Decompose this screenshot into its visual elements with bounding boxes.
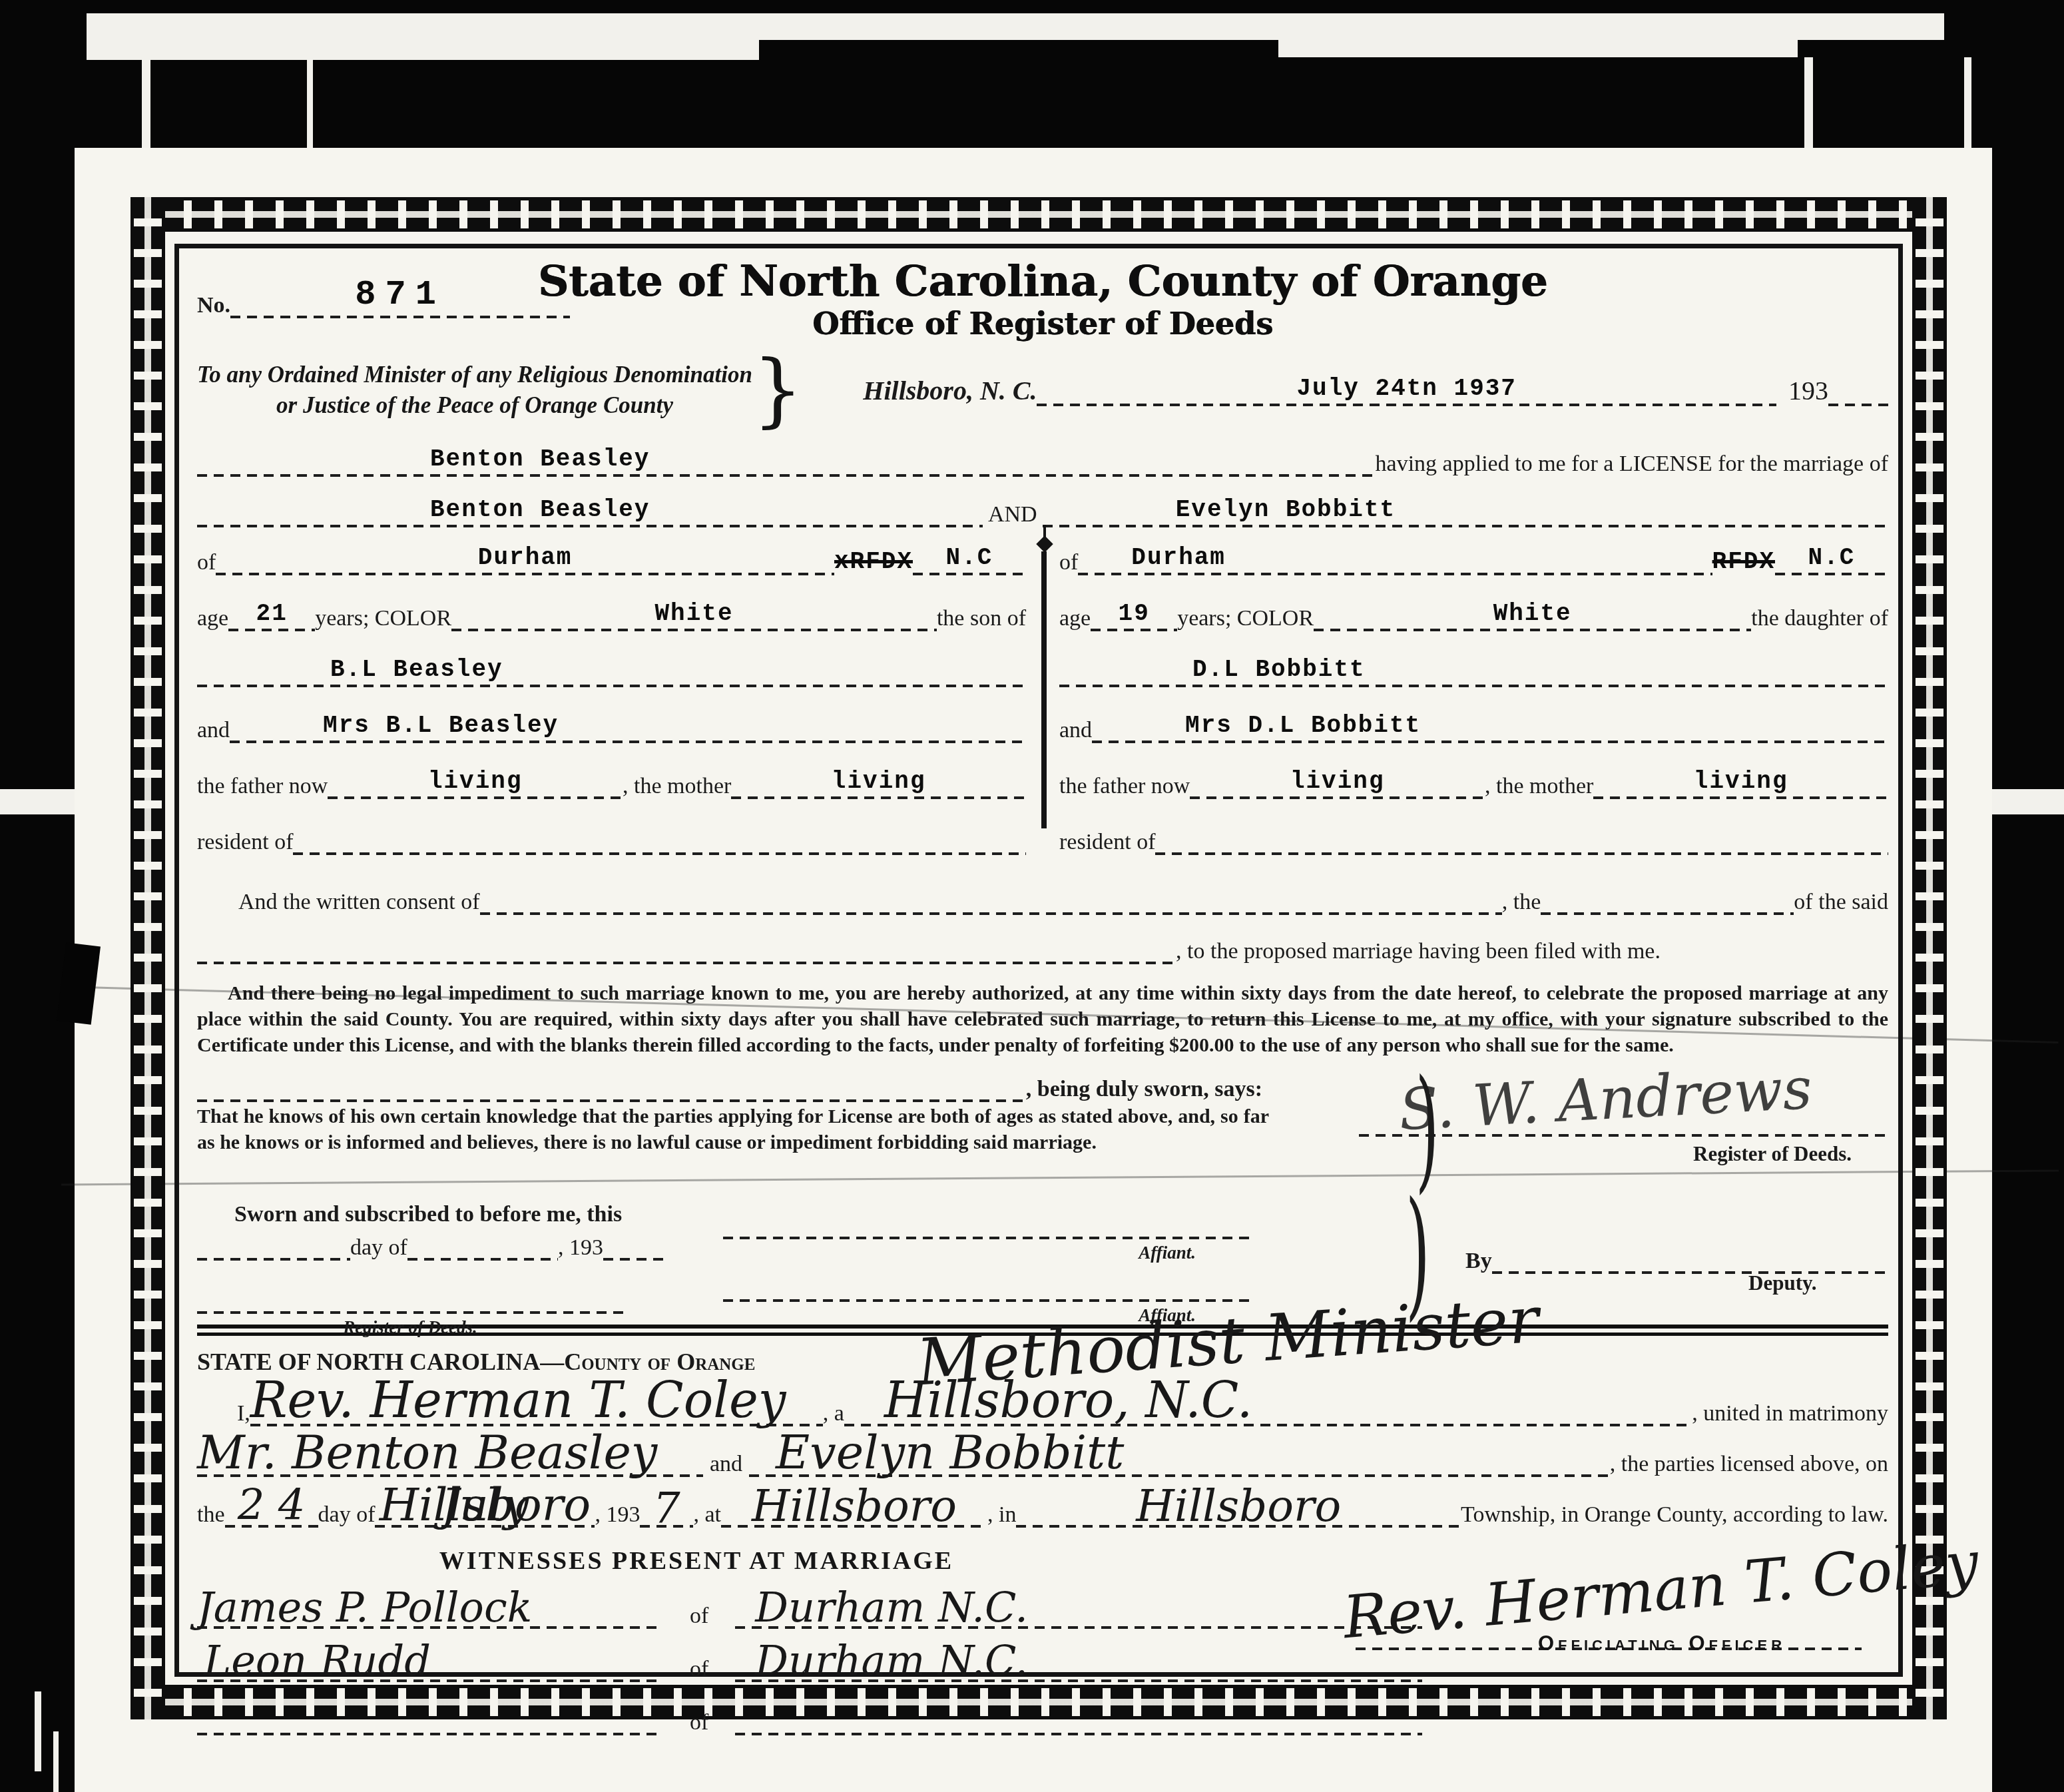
bride-mother-status: living <box>1593 768 1888 795</box>
bride-mother-blank: Mrs D.L Bobbitt <box>1092 713 1888 743</box>
affidavit-block: , being duly sworn, says: That he knows … <box>197 1071 1888 1319</box>
witness2-res-script: Durham N.C. <box>735 1636 1422 1685</box>
groom-age-line: age 21 years; COLOR White the son of <box>197 601 1026 631</box>
consent-prefix: And the written consent of <box>238 890 480 915</box>
resident-label: resident of <box>1059 830 1155 855</box>
addressee-line2: or Justice of the Peace of Orange County <box>197 390 752 421</box>
consent-line2: , to the proposed marriage having been f… <box>197 934 1888 964</box>
bride-resident-line: resident of <box>1059 824 1888 855</box>
year-script: 7 <box>640 1484 693 1533</box>
authorization-paragraph: And there being no legal impediment to s… <box>197 980 1888 1058</box>
groom-relation-label: the son of <box>937 606 1026 631</box>
witness-row-2: Leon Rudd of Durham N.C. <box>197 1651 1422 1682</box>
affiant-line-1: Affiant. <box>723 1209 1256 1263</box>
minister-name-blank: Rev. Herman T. Coley <box>250 1396 823 1426</box>
township-rest-text: Township, in Orange County, according to… <box>1461 1502 1888 1528</box>
parties-text: , the parties licensed above, on <box>1610 1452 1888 1477</box>
bride-relation-label: the daughter of <box>1751 606 1888 631</box>
register-of-deeds-right-label: Register of Deeds. <box>1693 1142 1852 1166</box>
state-heading-text: STATE OF NORTH CAROLINA— <box>197 1348 564 1375</box>
witness3-name-blank <box>197 1705 663 1735</box>
chain-border-top <box>130 197 1947 232</box>
film-streak <box>1278 39 1798 57</box>
addressee-line1: To any Ordained Minister of any Religiou… <box>197 360 752 390</box>
father-now-label: the father now <box>197 774 328 799</box>
of-label: of <box>197 550 216 575</box>
witness1-res-blank: Durham N.C. <box>735 1598 1422 1629</box>
witness2-name-blank: Leon Rudd <box>197 1651 663 1682</box>
addressee-lines: To any Ordained Minister of any Religiou… <box>197 360 752 421</box>
deputy-label: Deputy. <box>1748 1271 1817 1295</box>
of-label: of <box>690 1657 708 1682</box>
bride-color: White <box>1314 600 1751 627</box>
witness1-name-script: James P. Pollock <box>197 1583 663 1632</box>
township-script: Hillsboro <box>1016 1480 1461 1532</box>
groom-mother-status: living <box>731 768 1026 795</box>
officiating-officer-label: Officiating Officer <box>1435 1632 1888 1655</box>
certificate-content: No. 871 State of North Carolina, County … <box>197 258 1888 1735</box>
witness-row-3: of <box>197 1705 1422 1735</box>
groom-script-blank: Mr. Benton Beasley <box>197 1446 703 1477</box>
marriage-month-script: Hillsboro <box>375 1479 595 1532</box>
place-script: Hillsboro <box>721 1480 987 1532</box>
day-of-label: day of <box>350 1235 407 1261</box>
age-label: age <box>1059 606 1091 631</box>
bride-state: N.C <box>1775 544 1888 571</box>
age-label: age <box>197 606 228 631</box>
a-label: , a <box>823 1401 844 1426</box>
minister-location-blank: Hillsboro, N.C. <box>844 1396 1692 1426</box>
groom-father-status: living <box>328 768 623 795</box>
township-script-blank: Hillsboro <box>1016 1497 1461 1528</box>
groom-mother-line: and Mrs B.L Beasley <box>197 713 1026 743</box>
consent-suffix: of the said <box>1794 890 1888 915</box>
addressee-brace: } <box>752 357 803 424</box>
duly-sworn-line: , being duly sworn, says: <box>197 1071 1262 1102</box>
minister-name-script: Rev. Herman T. Coley <box>250 1372 823 1429</box>
affidavit-body: That he knows of his own certain knowled… <box>197 1103 1269 1155</box>
bride-script-blank: Evelyn Bobbitt <box>749 1446 1610 1477</box>
bride-living-line: the father now living , the mother livin… <box>1059 768 1888 799</box>
witness2-name-script: Leon Rudd <box>197 1636 663 1685</box>
chain-border-right <box>1912 197 1947 1719</box>
license-number-label: No. <box>197 293 230 318</box>
groom-state-blank: N.C <box>913 545 1026 575</box>
day-of-line: day of , 193 <box>197 1230 670 1261</box>
date-typed: July 24tn 1937 <box>1037 375 1776 402</box>
consent-filed-text: , to the proposed marriage having been f… <box>1176 939 1661 964</box>
groom-script: Mr. Benton Beasley <box>197 1425 703 1480</box>
years-color-label: years; COLOR <box>315 606 451 631</box>
film-streak <box>35 1691 41 1771</box>
deputy-blank <box>1492 1243 1885 1274</box>
by-label: By <box>1465 1249 1492 1274</box>
microfilm-frame: No. 871 State of North Carolina, County … <box>0 0 2064 1792</box>
film-streak <box>1992 789 2064 814</box>
film-streak <box>53 1731 59 1792</box>
father-now-label: the father now <box>1059 774 1190 799</box>
year-digit-blank <box>603 1230 670 1261</box>
column-divider-ornament <box>1041 551 1047 828</box>
the-label: the <box>197 1502 225 1528</box>
bride-script: Evelyn Bobbitt <box>749 1425 1610 1480</box>
film-streak <box>87 13 1944 40</box>
year-prefix: 193 <box>1788 375 1828 406</box>
parents-columns: of Durham xRFDX N.C age 21 years; COLOR … <box>197 545 1888 855</box>
bride-father-status: living <box>1190 768 1485 795</box>
in-label: , in <box>987 1502 1016 1528</box>
consent-relation-blank <box>1541 884 1794 915</box>
day-script-blank: 2 4 <box>225 1497 318 1528</box>
groom-mother-status-blank: living <box>731 768 1026 799</box>
marriage-date-line: the 2 4 day of JulyHillsboro , 193 7 , a… <box>197 1497 1888 1528</box>
applicant-typed: Benton Beasley <box>197 446 1376 473</box>
couple-line: Benton Beasley AND Evelyn Bobbitt <box>197 497 1888 527</box>
bride-city: Durham <box>1078 544 1712 571</box>
groom-color-blank: White <box>451 601 937 631</box>
at-label: , at <box>693 1502 721 1528</box>
affiant-blank-1 <box>723 1209 1256 1239</box>
witnesses-heading: WITNESSES PRESENT AT MARRIAGE <box>197 1546 1196 1576</box>
witness1-name-blank: James P. Pollock <box>197 1598 663 1629</box>
groom-age-blank: 21 <box>228 601 315 631</box>
groom-name-blank: Benton Beasley <box>197 497 983 527</box>
day-script: 2 4 <box>225 1481 318 1530</box>
witness-row-1: James P. Pollock of Durham N.C. <box>197 1598 1422 1629</box>
license-number-blank: 871 <box>230 288 570 318</box>
film-streak <box>0 789 75 814</box>
year-193-label: , 193 <box>558 1235 603 1261</box>
groom-mother-blank: Mrs B.L Beasley <box>230 713 1026 743</box>
bride-resident-blank <box>1155 824 1888 855</box>
groom-father-status-blank: living <box>328 768 623 799</box>
groom-father-line: B.L Beasley <box>197 657 1026 687</box>
bride-mother-status-blank: living <box>1593 768 1888 799</box>
bride-age-blank: 19 <box>1091 601 1177 631</box>
groom-father-blank: B.L Beasley <box>197 657 1026 687</box>
bride-rfd-struck: RFDX <box>1712 548 1775 575</box>
return-section: STATE OF NORTH CAROLINA—County of Orange… <box>197 1348 1888 1735</box>
bride-column: of Durham RFDX N.C age 19 years; COLOR W… <box>1059 545 1888 855</box>
of-label: of <box>1059 550 1078 575</box>
affiant-blank-2 <box>723 1271 1256 1302</box>
bride-city-blank: Durham <box>1078 545 1712 575</box>
and-label: and <box>710 1452 742 1477</box>
applicant-line: Benton Beasley having applied to me for … <box>197 446 1888 477</box>
month-script-blank: JulyHillsboro <box>375 1497 595 1528</box>
bride-mother-name: Mrs D.L Bobbitt <box>1092 712 1888 739</box>
date-blank: July 24tn 1937 <box>1037 376 1776 406</box>
groom-city: Durham <box>216 544 834 571</box>
year-blank <box>1828 376 1888 406</box>
groom-living-line: the father now living , the mother livin… <box>197 768 1026 799</box>
bride-father-status-blank: living <box>1190 768 1485 799</box>
year-script-blank: 7 <box>640 1497 693 1528</box>
groom-rfd-struck: xRFDX <box>834 548 913 575</box>
groom-city-blank: Durham <box>216 545 834 575</box>
register-blank <box>197 1283 623 1314</box>
witness2-res-blank: Durham N.C. <box>735 1651 1422 1682</box>
place-script-blank: Hillsboro <box>721 1497 987 1528</box>
mother-label: , the mother <box>623 774 731 799</box>
consent-line1: And the written consent of , the of the … <box>197 884 1888 915</box>
film-streak <box>87 39 759 60</box>
and-label: AND <box>988 502 1037 527</box>
groom-father-name: B.L Beasley <box>197 656 1026 683</box>
consent-name-blank <box>480 884 1502 915</box>
of-label: of <box>690 1710 708 1735</box>
applicant-blank: Benton Beasley <box>197 446 1376 477</box>
bride-father-line: D.L Bobbitt <box>1059 657 1888 687</box>
minister-line: I, Rev. Herman T. Coley , a Hillsboro, N… <box>197 1396 1888 1426</box>
day-of-label: day of <box>318 1502 376 1528</box>
header: No. 871 State of North Carolina, County … <box>197 258 1888 342</box>
chain-border-left <box>130 197 165 1719</box>
witness3-res-blank <box>735 1705 1422 1735</box>
groom-column: of Durham xRFDX N.C age 21 years; COLOR … <box>197 545 1026 855</box>
years-color-label: years; COLOR <box>1177 606 1314 631</box>
i-label: I, <box>237 1401 250 1426</box>
duly-sworn-text: , being duly sworn, says: <box>1026 1077 1262 1102</box>
consent-the: , the <box>1502 890 1541 915</box>
united-text: , united in matrimony <box>1692 1401 1888 1426</box>
license-number-value: 871 <box>230 275 570 314</box>
consent-blank2 <box>197 934 1176 964</box>
witness1-res-script: Durham N.C. <box>735 1583 1422 1632</box>
affiant-label-1: Affiant. <box>723 1243 1256 1263</box>
bride-state-blank: N.C <box>1775 545 1888 575</box>
groom-age: 21 <box>228 600 315 627</box>
register-of-deeds-label: Register of Deeds. <box>197 1317 623 1338</box>
minister-location-script: Hillsboro, N.C. <box>844 1372 1692 1429</box>
bride-age-line: age 19 years; COLOR White the daughter o… <box>1059 601 1888 631</box>
mother-label: , the mother <box>1485 774 1593 799</box>
applied-text: having applied to me for a LICENSE for t… <box>1376 451 1888 477</box>
groom-resident-blank <box>293 824 1026 855</box>
groom-state: N.C <box>913 544 1026 571</box>
groom-mother-name: Mrs B.L Beasley <box>230 712 1026 739</box>
bride-mother-line: and Mrs D.L Bobbitt <box>1059 713 1888 743</box>
month-blank <box>407 1230 558 1261</box>
bride-father-blank: D.L Bobbitt <box>1059 657 1888 687</box>
bride-name-typed: Evelyn Bobbitt <box>1043 496 1888 523</box>
groom-resident-line: resident of <box>197 824 1026 855</box>
bride-name-blank: Evelyn Bobbitt <box>1043 497 1888 527</box>
and-label: and <box>1059 718 1092 743</box>
bride-age: 19 <box>1091 600 1177 627</box>
parties-line: Mr. Benton Beasley and Evelyn Bobbitt , … <box>197 1446 1888 1477</box>
by-deputy-line: By <box>1465 1243 1885 1274</box>
place-label: Hillsboro, N. C. <box>863 375 1037 406</box>
groom-of-line: of Durham xRFDX N.C <box>197 545 1026 575</box>
and-label: and <box>197 718 230 743</box>
bride-of-line: of Durham RFDX N.C <box>1059 545 1888 575</box>
register-sign-line: Register of Deeds. <box>197 1283 623 1338</box>
county-heading-text: County of Orange <box>564 1348 755 1375</box>
sworn-subscribed-text: Sworn and subscribed to before me, this <box>234 1202 622 1227</box>
bride-color-blank: White <box>1314 601 1751 631</box>
day-blank <box>197 1230 350 1261</box>
affiant-name-blank <box>197 1071 1026 1102</box>
addressee-block: To any Ordained Minister of any Religiou… <box>197 357 1888 424</box>
resident-label: resident of <box>197 830 293 855</box>
groom-name-typed: Benton Beasley <box>197 496 983 523</box>
bride-father-name: D.L Bobbitt <box>1059 656 1888 683</box>
y193-label: , 193 <box>595 1502 640 1528</box>
groom-color: White <box>451 600 937 627</box>
of-label: of <box>690 1604 708 1629</box>
